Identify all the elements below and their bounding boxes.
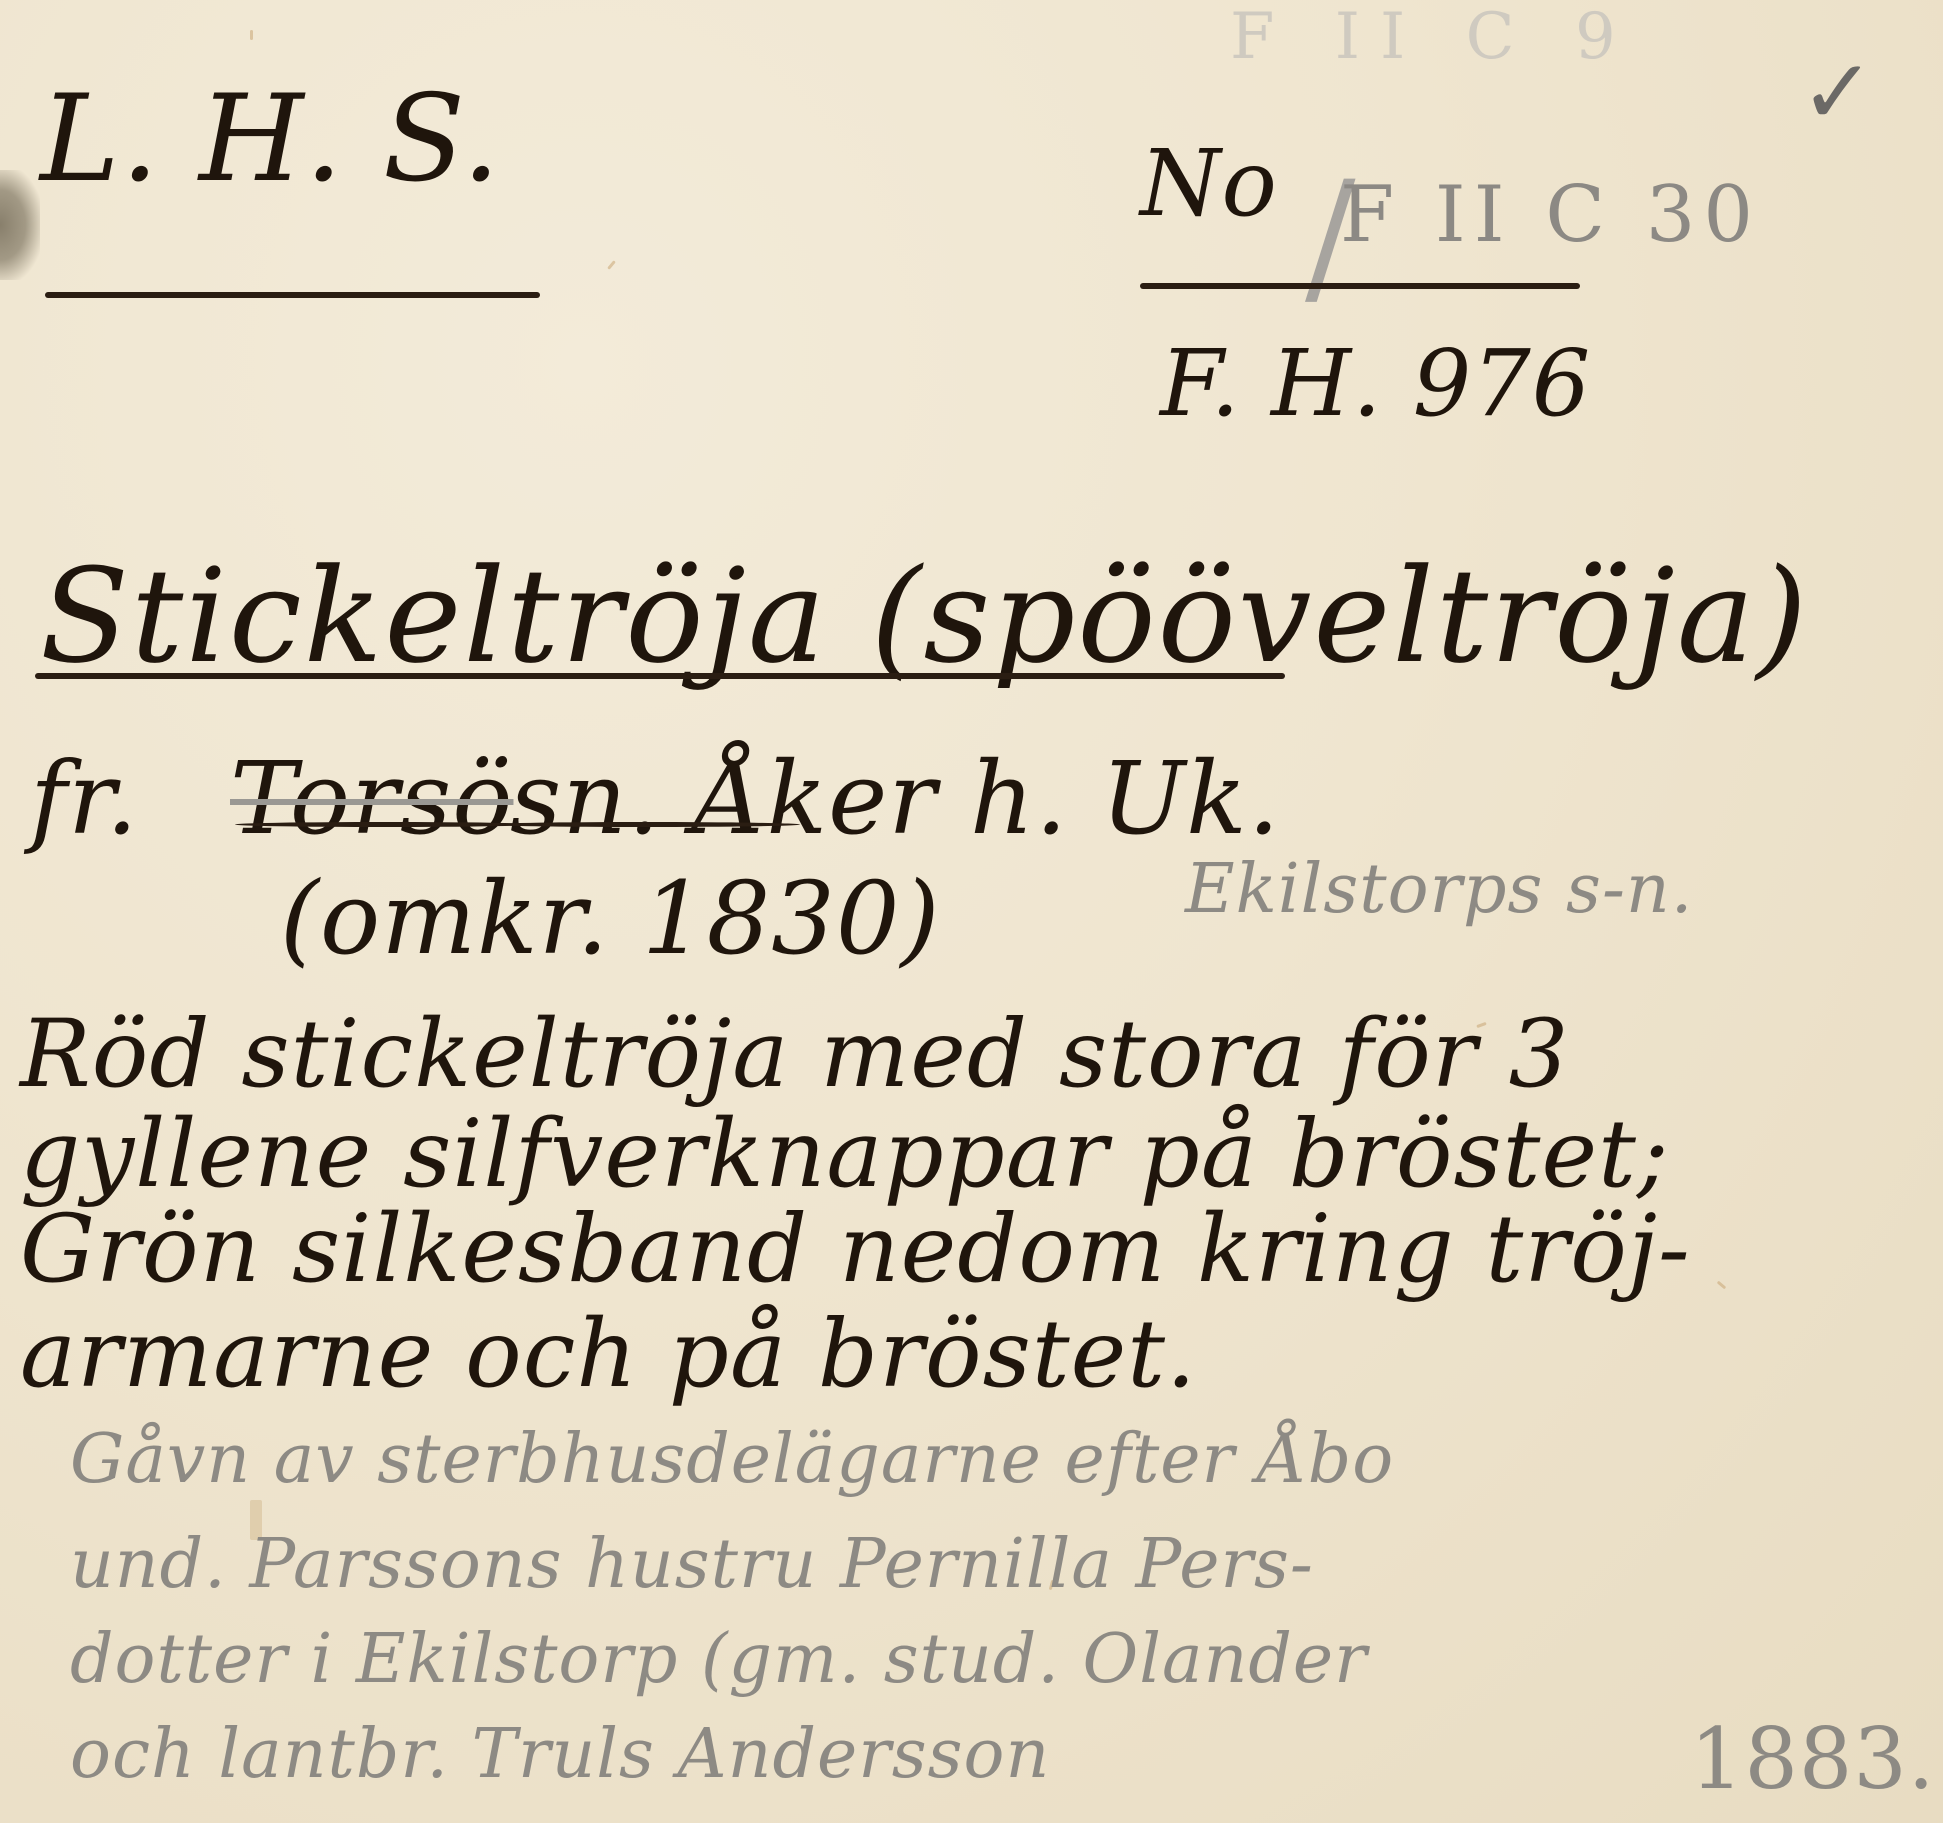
faint-pencil-marking: F II C 9 <box>1230 0 1636 74</box>
description-line: Röd stickeltröja med stora för 3 <box>20 1000 1569 1109</box>
collection-code: L. H. S. <box>40 70 501 209</box>
description-line: armarne och på bröstet. <box>20 1300 1197 1409</box>
header-right-rule <box>1140 283 1580 289</box>
provenance-place: sn. Åker h. Uk. <box>510 740 1281 857</box>
pencil-note-year: 1883. <box>1690 1710 1935 1808</box>
paper-fiber <box>1717 1281 1727 1290</box>
pencil-note-line: und. Parssons hustru Pernilla Pers- <box>70 1525 1314 1604</box>
paper-fiber <box>607 260 616 270</box>
description-line: gyllene silfverknappar på bröstet; <box>20 1100 1670 1209</box>
description-line: Grön silkesband nedom kring tröj- <box>20 1195 1691 1304</box>
place-pencil-note: Ekilstorps s-n. <box>1185 850 1693 929</box>
check-mark-icon: ✓ <box>1800 40 1876 145</box>
inventory-number: F. H. 976 <box>1160 330 1591 437</box>
date-note: (omkr. 1830) <box>280 860 941 977</box>
provenance-struck-word: Torsö <box>230 740 513 857</box>
provenance-prefix: fr. <box>30 740 139 857</box>
number-label: No <box>1140 130 1278 237</box>
pencil-note-line: dotter i Ekilstorp (gm. stud. Olander <box>70 1620 1368 1699</box>
pencil-note-line: och lantbr. Truls Andersson <box>70 1715 1050 1794</box>
shelfmark-pencil: F II C 30 <box>1340 170 1761 260</box>
paper-fiber <box>250 30 253 40</box>
header-left-rule <box>45 292 540 298</box>
title-rule <box>35 673 1285 679</box>
place-underline <box>490 822 800 827</box>
object-title: Stickeltröja (spööveltröja) <box>40 540 1809 692</box>
catalog-card: L. H. S. F II C 9 ✓ No / F II C 30 F. H.… <box>0 0 1943 1823</box>
paper-stain <box>0 170 40 280</box>
pencil-note-line: Gåvn av sterbhusdelägarne efter Åbo <box>70 1420 1394 1499</box>
